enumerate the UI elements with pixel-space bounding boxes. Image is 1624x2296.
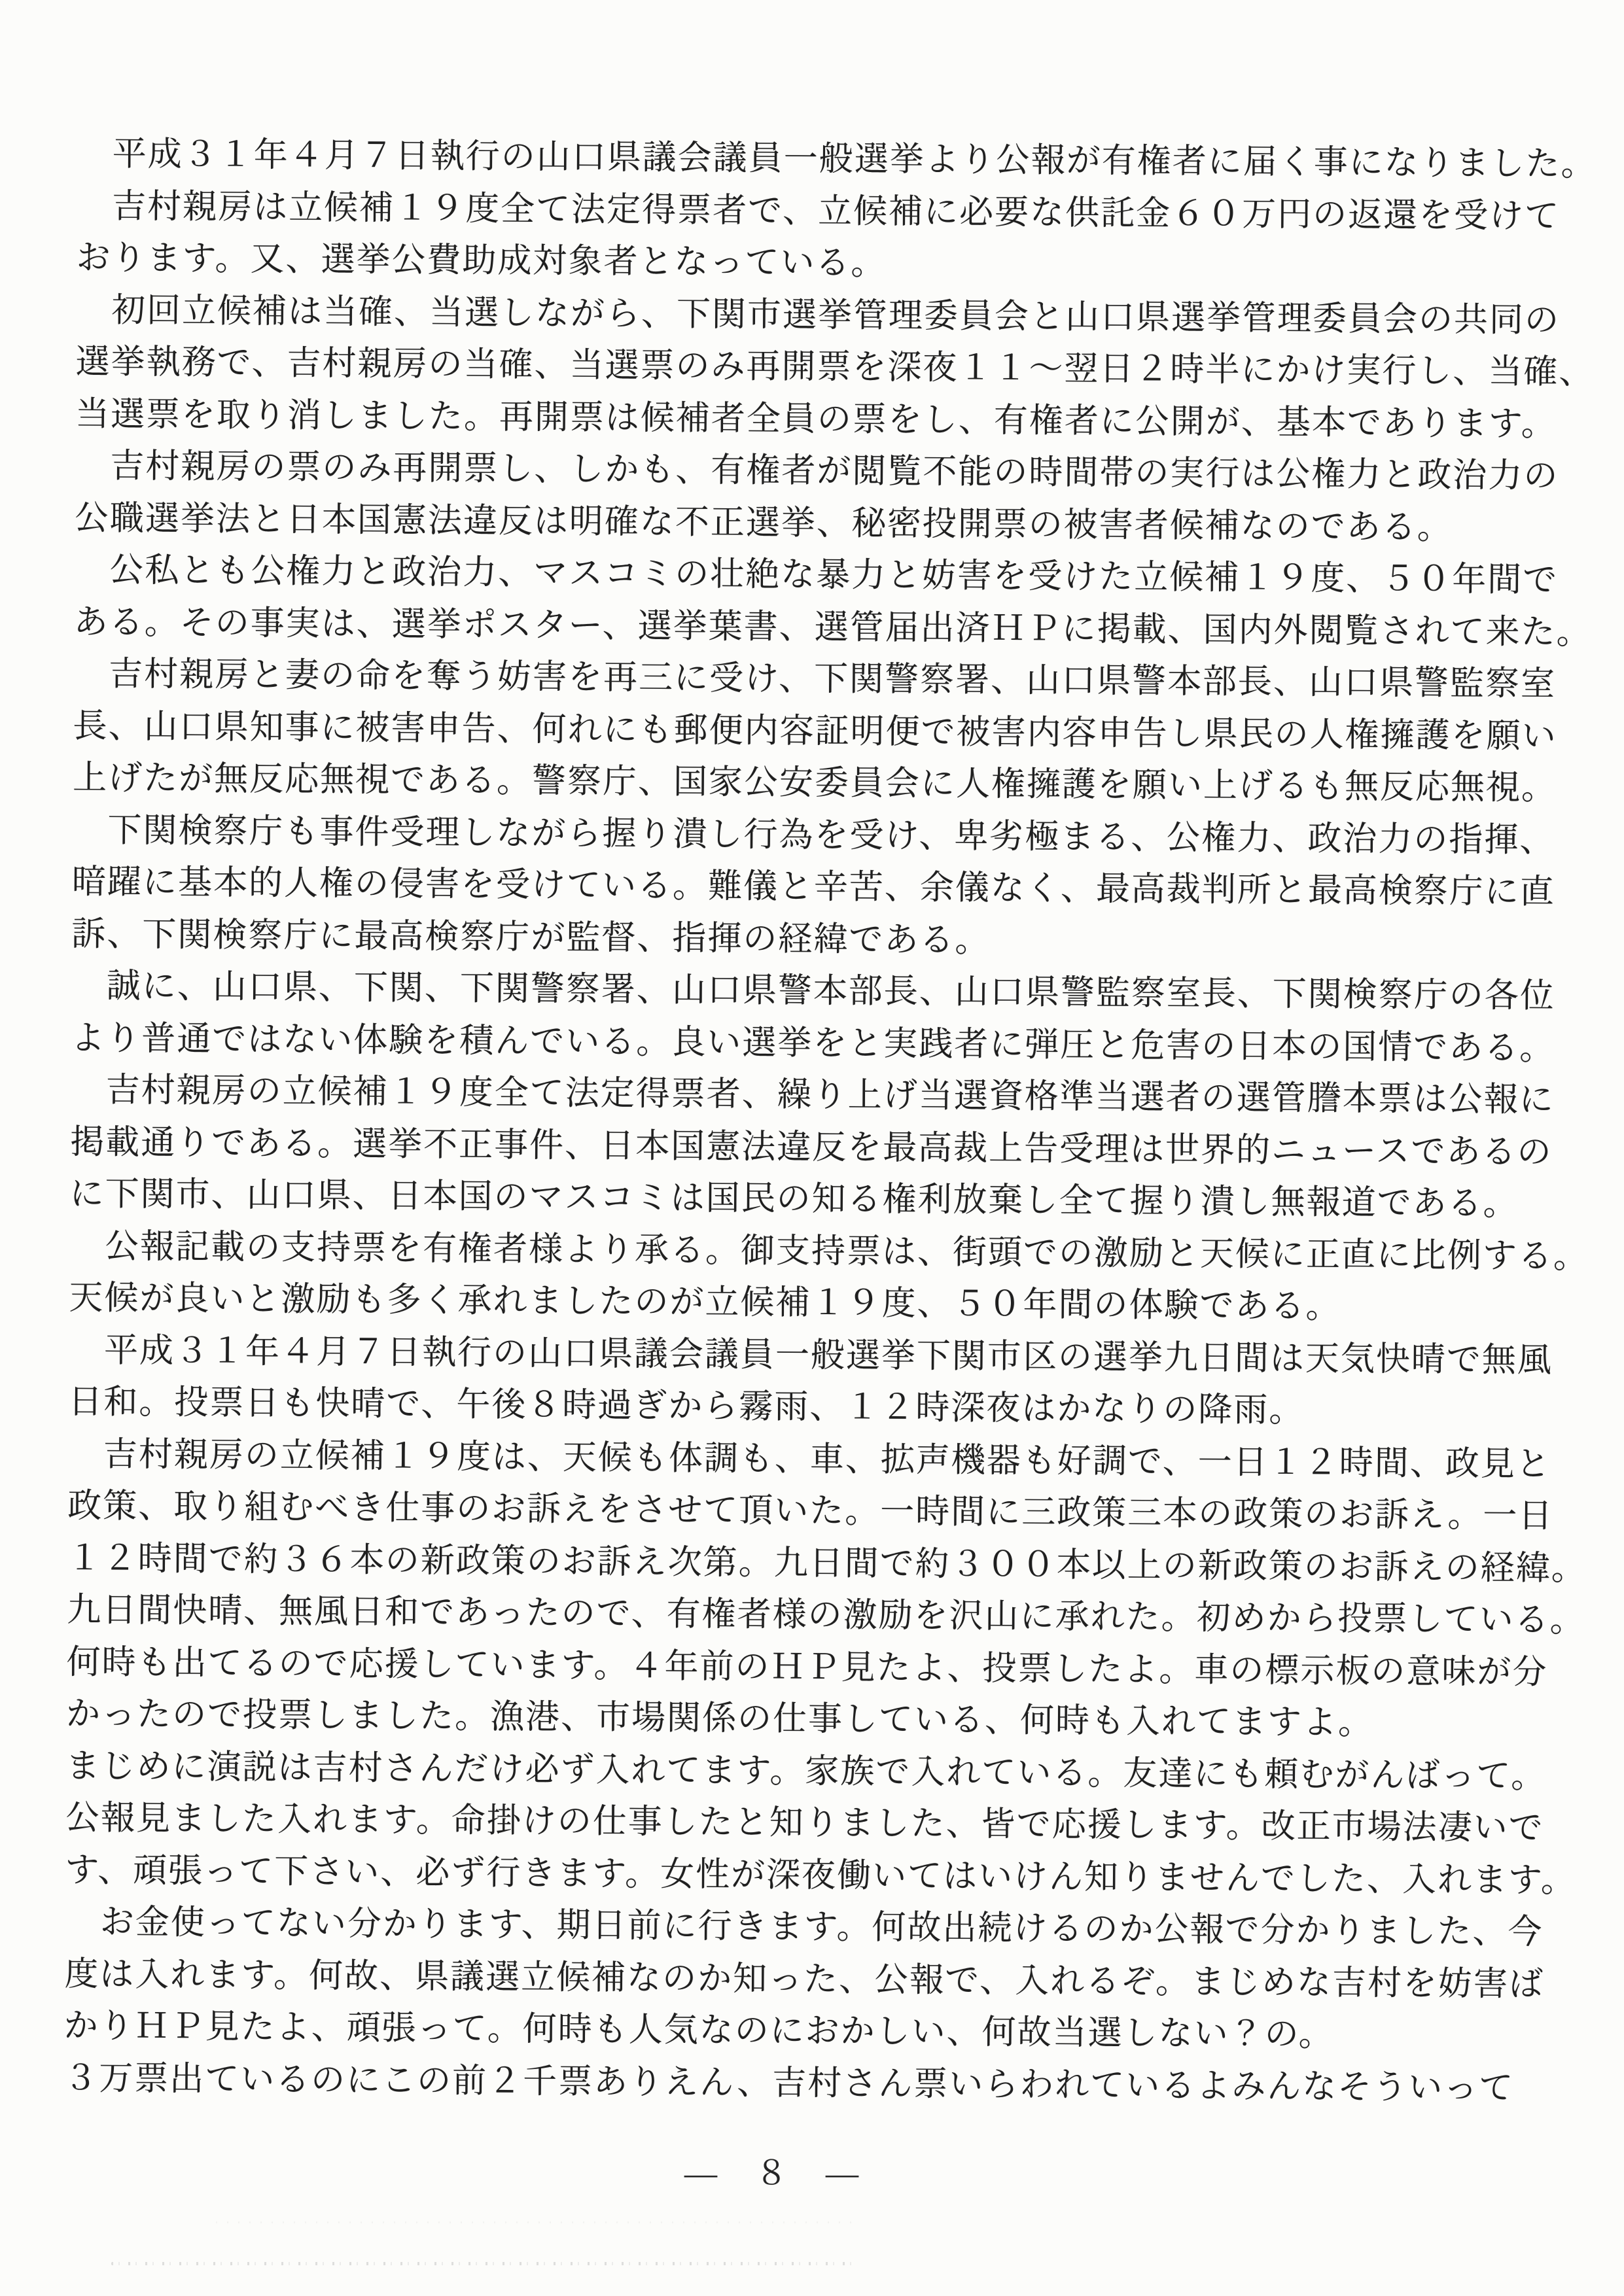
text-line: 平成３１年４月７日執行の山口県議会議員一般選挙より公報が有権者に届く事になりまし… [77,128,1592,191]
scanned-page: 平成３１年４月７日執行の山口県議会議員一般選挙より公報が有権者に届く事になりまし… [0,0,1624,2296]
scan-noise-speckles [111,2262,857,2265]
text-line: 吉村親房の立候補１９度全て法定得票者、繰り上げ当選資格準当選者の選管謄本票は公報… [70,1064,1585,1127]
text-line: 吉村親房の票のみ再開票し、しかも、有権者が閲覧不能の時間帯の実行は公権力と政治力… [75,440,1590,503]
text-line: おります。又、選挙公費助成対象者となっている。 [76,232,1591,295]
text-line: 上げたが無反応無視である。警察庁、国家公安委員会に人権擁護を願い上げるも無反応無… [73,752,1588,815]
page-number: — ８ — [0,2147,1585,2194]
text-line: お金使ってない分かります、期日前に行きます。何故出続けるのか公報で分かりました、… [65,1896,1580,1959]
text-line: 日和。投票日も快晴で、午後８時過ぎから霧雨、１２時深夜はかなりの降雨。 [68,1376,1583,1439]
text-line: 吉村親房と妻の命を奪う妨害を再三に受け、下関警察署、山口県警本部長、山口県警監察… [73,648,1589,711]
text-line: 九日間快晴、無風日和であったので、有権者様の激励を沢山に承れた。初めから投票して… [67,1584,1582,1647]
text-line: 公報見ました入れます。命掛けの仕事したと知りました、皆で応援します。改正市場法凄… [65,1792,1581,1855]
text-line: ３万票出ているのにこの前２千票ありえん、吉村さん票いらわれているよみんなそういっ… [63,2052,1579,2115]
text-line: 政策、取り組むべき仕事のお訴えをさせて頂いた。一時間に三政策三本の政策のお訴え。… [67,1480,1583,1543]
text-line: 誠に、山口県、下関、下関警察署、山口県警本部長、山口県警監察室長、下関検察庁の各… [71,960,1587,1023]
text-line: 選挙執務で、吉村親房の当確、当選票のみ再開票を深夜１１～翌日２時半にかけ実行し、… [75,336,1591,399]
text-line: 公私とも公権力と政治力、マスコミの壮絶な暴力と妨害を受けた立候補１９度、５０年間… [74,544,1589,607]
text-line: 天候が良いと激励も多く承れましたのが立候補１９度、５０年間の体験である。 [69,1272,1584,1335]
text-line: かりＨＰ見たよ、頑張って。何時も人気なのにおかしい、何故当選しない？の。 [63,2000,1579,2063]
scan-noise-speckles [216,2221,857,2223]
text-line: に下関市、山口県、日本国のマスコミは国民の知る権利放棄し全て握り潰し無報道である… [69,1168,1585,1231]
text-line: 暗躍に基本的人権の侵害を受けている。難儀と辛苦、余儀なく、最高裁判所と最高検察庁… [72,856,1587,919]
text-line: かったので投票しました。漁港、市場関係の仕事している、何時も入れてますよ。 [66,1688,1581,1751]
document-body-text: 平成３１年４月７日執行の山口県議会議員一般選挙より公報が有権者に届く事になりまし… [63,128,1593,2115]
